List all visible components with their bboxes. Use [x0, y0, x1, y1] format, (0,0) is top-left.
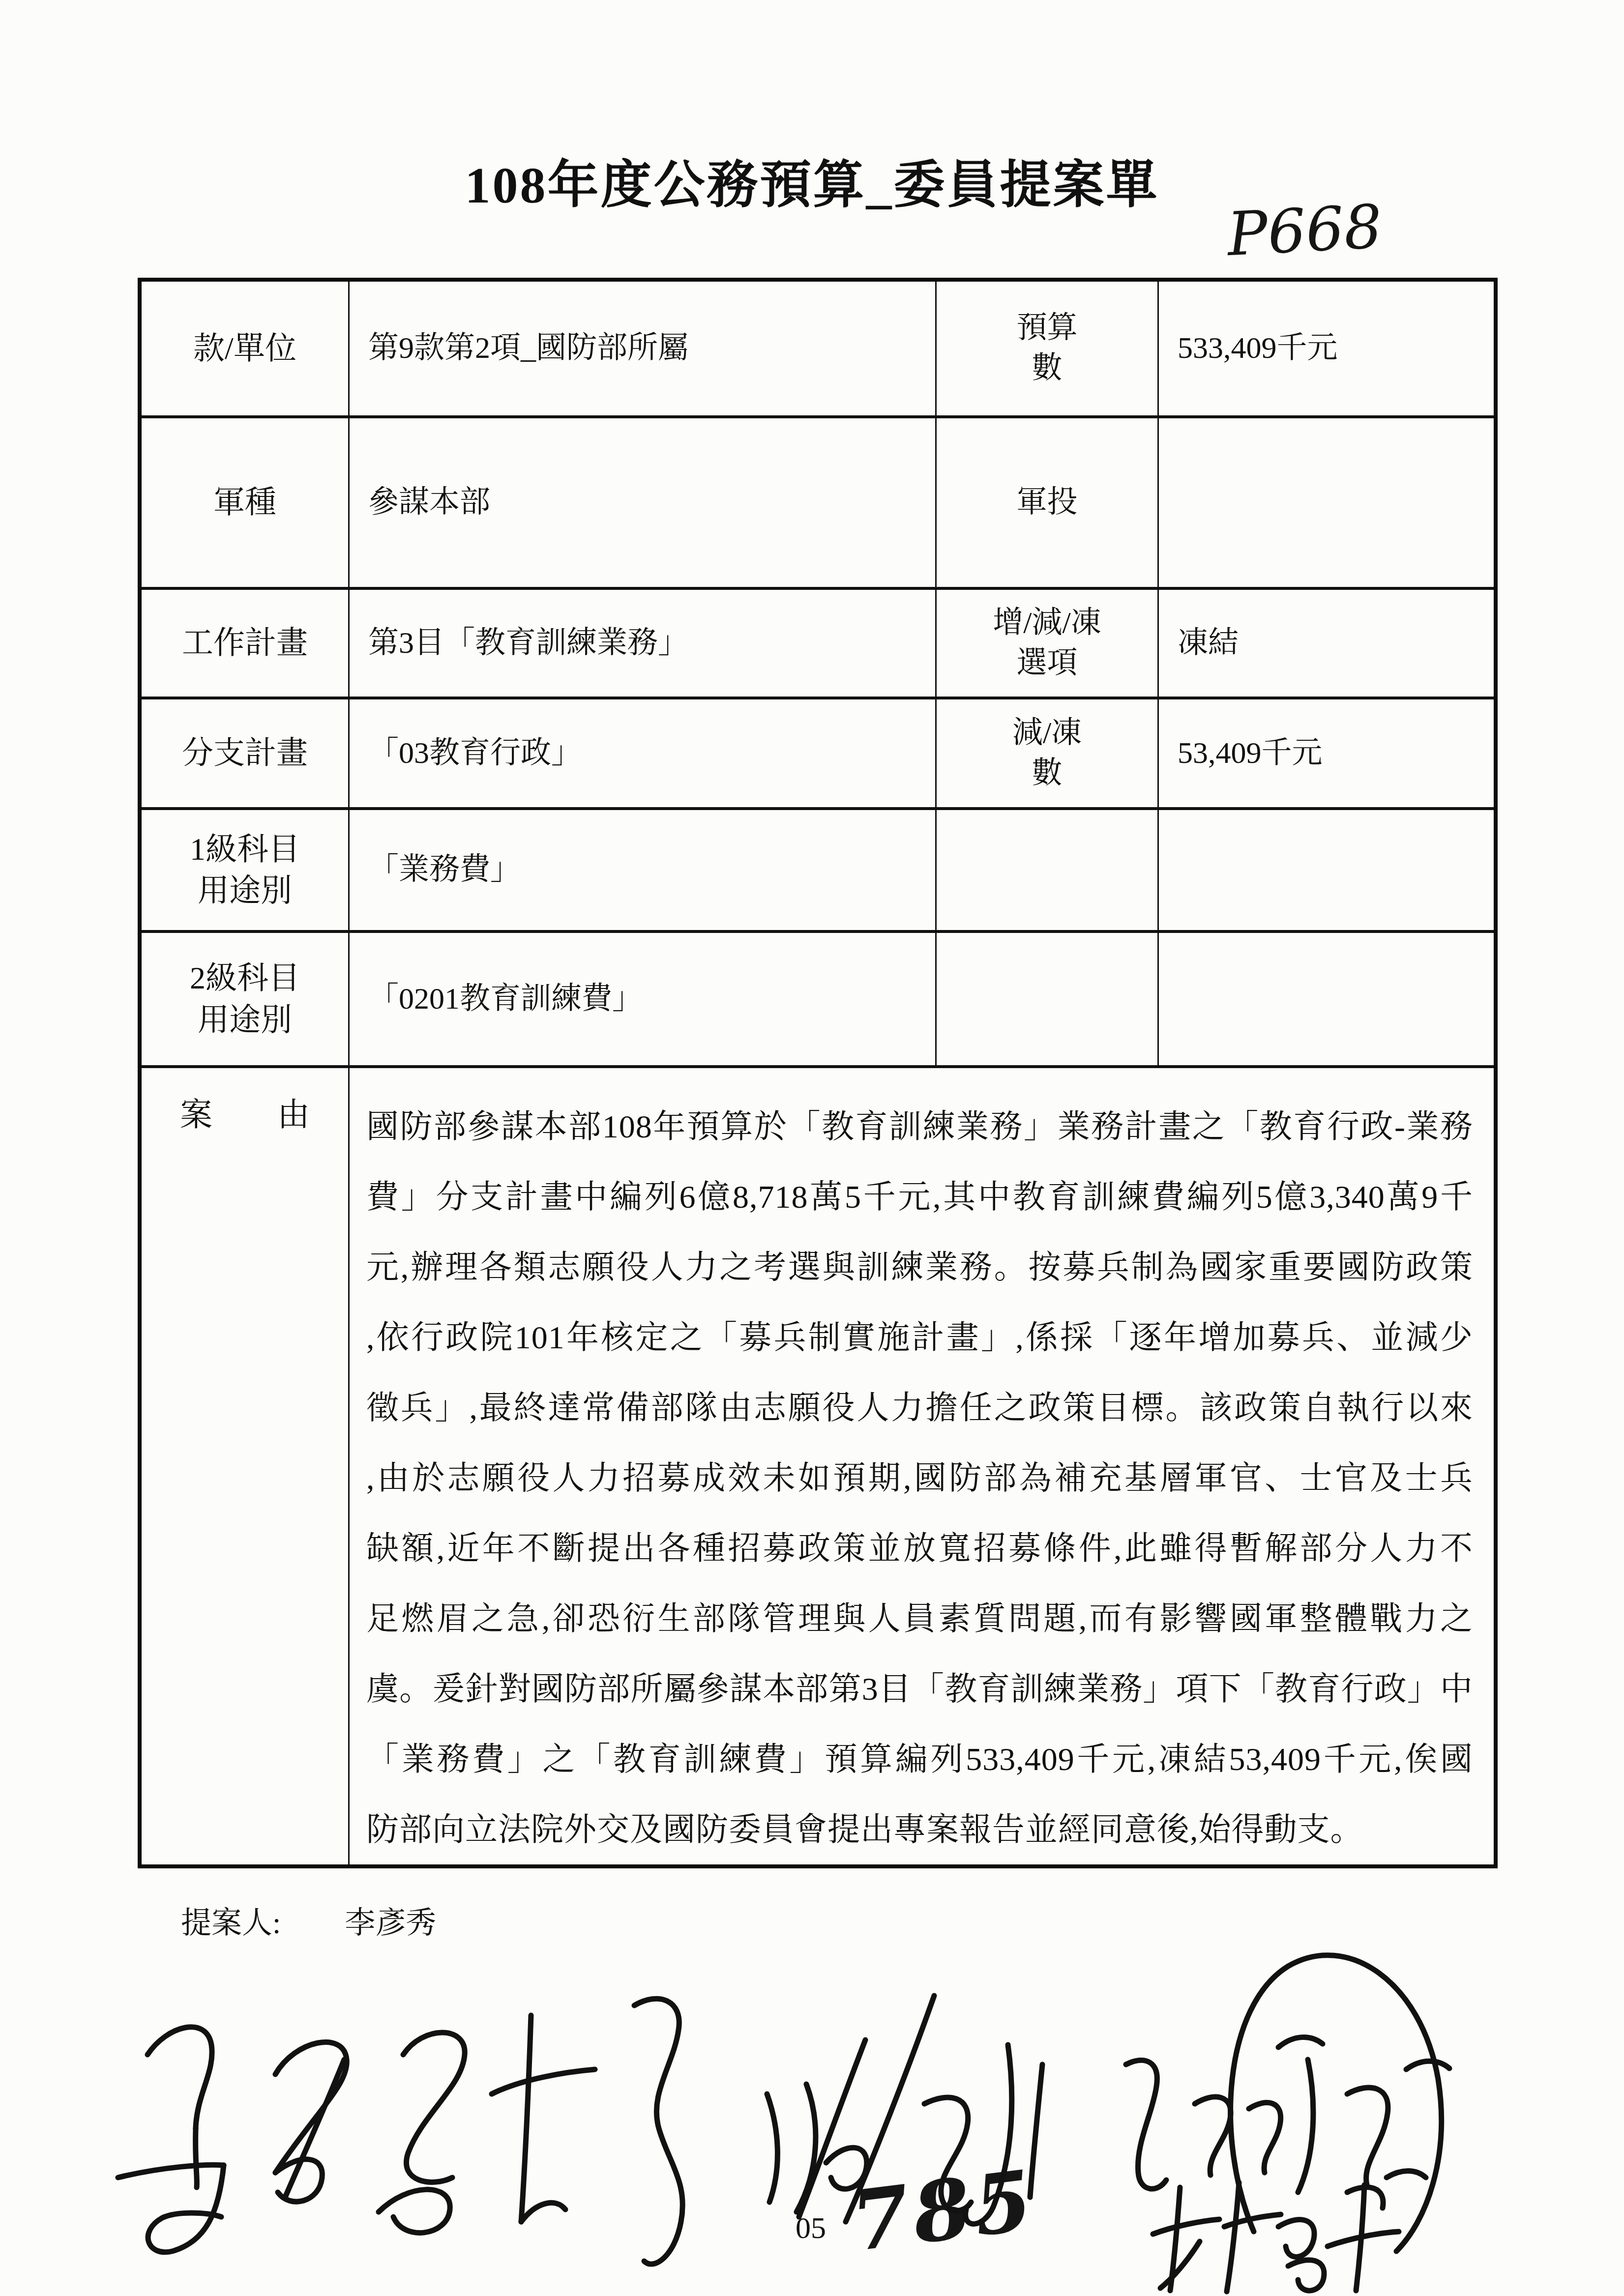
footer-printed-code: 05	[796, 2211, 826, 2246]
proposer-label: 提案人:	[181, 1898, 281, 1942]
case-line: 足燃眉之急,卻恐衍生部隊管理與人員素質問題,而有影響國軍整體戰力之	[366, 1584, 1473, 1654]
row-value-service-branch: 參謀本部	[350, 418, 937, 590]
row-value-kuan-unit: 第9款第2項_國防部所屬	[350, 282, 937, 418]
row-value-budget-amount: 533,409千元	[1159, 282, 1494, 418]
case-line: 防部向立法院外交及國防委員會提出專案報告並經同意後,始得動支。	[366, 1795, 1473, 1865]
footer-handwritten-number: 785	[846, 2151, 1041, 2270]
row-label-option: 增/減/凍 選項	[937, 590, 1159, 699]
case-line: 費」分支計畫中編列6億8,718萬5千元,其中教育訓練費編列5億3,340萬9千	[366, 1162, 1473, 1232]
row-value-empty-2	[1159, 933, 1494, 1068]
row-value-cut-freeze: 53,409千元	[1159, 699, 1494, 810]
case-line: 「業務費」之「教育訓練費」預算編列533,409千元,凍結53,409千元,俟國	[366, 1724, 1473, 1795]
row-label-work-plan: 工作計畫	[142, 590, 350, 699]
row-label-level1-subject: 1級科目 用途別	[142, 810, 350, 933]
proposer-name: 李彥秀	[345, 1898, 436, 1942]
scanned-budget-proposal-page: { "page": { "title": "108年度公務預算_委員提案單", …	[0, 0, 1624, 2296]
row-label-cut-freeze: 減/凍 數	[937, 699, 1159, 810]
row-label-military-invest: 軍投	[937, 418, 1159, 590]
row-value-option: 凍結	[1159, 590, 1494, 699]
proposer-row: 提案人: 李彥秀	[181, 1898, 436, 1942]
row-label-budget-amount: 預算 數	[937, 282, 1159, 418]
row-label-empty-1	[937, 810, 1159, 933]
row-value-work-plan: 第3目「教育訓練業務」	[350, 590, 937, 699]
case-line: 缺額,近年不斷提出各種招募政策並放寬招募條件,此雖得暫解部分人力不	[366, 1513, 1473, 1584]
case-reason-text: 國防部參謀本部108年預算於「教育訓練業務」業務計畫之「教育行政-業務 費」分支…	[350, 1068, 1494, 1864]
case-line: ,依行政院101年核定之「募兵制實施計畫」,係採「逐年增加募兵、並減少	[366, 1303, 1473, 1373]
row-label-empty-2	[937, 933, 1159, 1068]
row-value-empty-1	[1159, 810, 1494, 933]
case-line: 元,辦理各類志願役人力之考選與訓練業務。按募兵制為國家重要國防政策	[366, 1232, 1473, 1303]
row-label-service-branch: 軍種	[142, 418, 350, 590]
case-line: 虞。爰針對國防部所屬參謀本部第3目「教育訓練業務」項下「教育行政」中	[366, 1654, 1473, 1724]
row-value-level2-subject: 「0201教育訓練費」	[350, 933, 937, 1068]
case-reason-label: 案 由	[142, 1068, 350, 1864]
signature-scrawl-1	[118, 1999, 682, 2264]
row-value-level1-subject: 「業務費」	[350, 810, 937, 933]
row-value-military-invest	[1159, 418, 1494, 590]
case-line: ,由於志願役人力招募成效未如預期,國防部為補充基層軍官、士官及士兵	[366, 1443, 1473, 1513]
case-line: 徵兵」,最終達常備部隊由志願役人力擔任之政策目標。該政策自執行以來	[366, 1373, 1473, 1443]
row-value-sub-plan: 「03教育行政」	[350, 699, 937, 810]
case-line: 國防部參謀本部108年預算於「教育訓練業務」業務計畫之「教育行政-業務	[366, 1092, 1473, 1162]
signature-scrawl-4	[1153, 2171, 1426, 2292]
handwritten-page-code: P668	[1226, 192, 1384, 269]
row-label-level2-subject: 2級科目 用途別	[142, 933, 350, 1068]
row-label-kuan-unit: 款/單位	[142, 282, 350, 418]
proposal-form-table: 款/單位 第9款第2項_國防部所屬 預算 數 533,409千元 軍種 參謀本部…	[138, 278, 1498, 1868]
signature-scrawl-3	[1126, 1955, 1449, 2251]
row-label-sub-plan: 分支計畫	[142, 699, 350, 810]
